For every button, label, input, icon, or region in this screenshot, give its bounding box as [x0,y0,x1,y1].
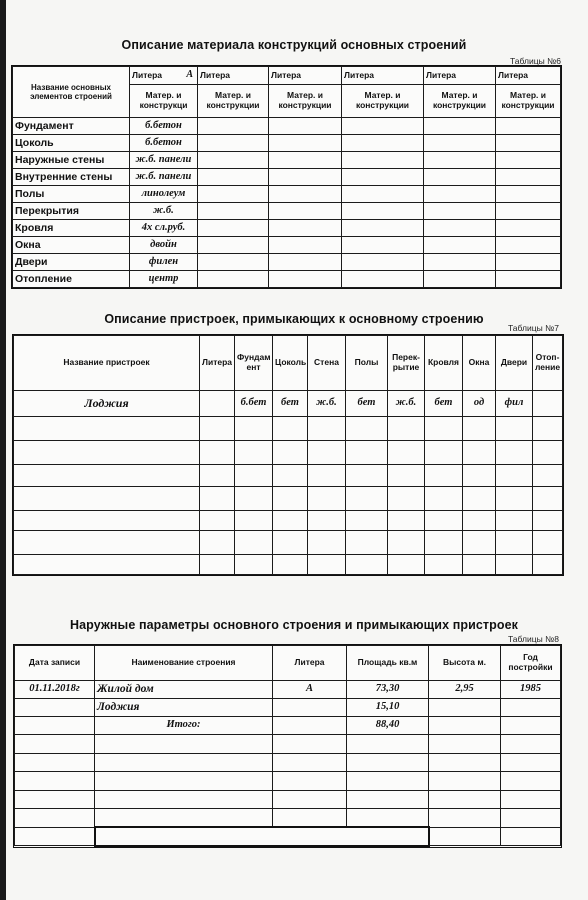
param-cell [95,772,273,791]
annex-cell [308,531,346,555]
annex-cell [496,555,533,575]
material-cell [198,237,269,254]
table-row [15,809,561,828]
annex-cell [200,555,235,575]
annex-cell: б.бет [235,391,273,417]
material-cell: двойн [130,237,198,254]
annex-cell [388,555,425,575]
material-cell [198,220,269,237]
param-cell [347,790,429,809]
param-header-1: Наименование строения [95,646,273,681]
material-cell [342,271,424,288]
annex-cell [200,531,235,555]
param-cell [501,790,561,809]
param-cell: 73,30 [347,681,429,699]
annex-cell [200,417,235,441]
material-cell [269,186,342,203]
table8-title: Наружные параметры основного строения и … [0,618,588,632]
annex-cell [200,391,235,417]
param-cell [95,790,273,809]
annex-cell [200,441,235,465]
param-cell [347,753,429,772]
table-row [14,441,563,465]
param-cell: Лоджия [95,699,273,717]
annex-cell [496,441,533,465]
annex-cell [200,465,235,487]
table7-title: Описание пристроек, примыкающих к основн… [0,312,588,326]
litera-label: Литера [132,70,162,80]
litera-header-2: Литера [269,67,342,85]
param-cell [501,772,561,791]
param-cell [15,827,95,846]
element-name: Цоколь [13,135,130,152]
table8-number: Таблицы №8 [508,634,559,644]
element-name: Наружные стены [13,152,130,169]
annex-header-0: Название пристроек [14,336,200,391]
param-cell [95,827,273,846]
annex-cell [425,465,463,487]
material-cell [342,169,424,186]
material-cell [424,203,496,220]
annex-name [14,487,200,511]
element-name: Фундамент [13,118,130,135]
element-name: Внутренние стены [13,169,130,186]
material-cell [269,169,342,186]
element-name: Двери [13,254,130,271]
table-row: Окнадвойн [13,237,561,254]
annex-header-2: Фундам ент [235,336,273,391]
annex-cell [273,441,308,465]
material-cell [269,135,342,152]
param-cell [429,827,501,846]
annex-cell: ж.б. [388,391,425,417]
annex-cell [308,555,346,575]
annex-header-6: Перек- рытие [388,336,425,391]
param-cell [273,717,347,735]
param-cell [347,735,429,754]
annex-header-7: Кровля [425,336,463,391]
annex-cell [273,487,308,511]
annex-cell [273,555,308,575]
annex-cell [235,555,273,575]
element-name: Отопление [13,271,130,288]
annex-cell [235,417,273,441]
material-cell: ж.б. [130,203,198,220]
table-row: Перекрытияж.б. [13,203,561,220]
table-row: Отоплениецентр [13,271,561,288]
litera-header-4: Литера [424,67,496,85]
param-cell [273,753,347,772]
litera-header-1: Литера [198,67,269,85]
param-cell [429,809,501,828]
table6-materials: Название основных элементов строений Лит… [12,66,561,288]
material-header-2: Матер. и конструкции [269,85,342,118]
table-row [14,511,563,531]
annex-header-5: Полы [346,336,388,391]
material-cell [496,237,561,254]
param-cell [15,809,95,828]
annex-cell [533,391,563,417]
annex-cell [463,441,496,465]
material-cell [424,237,496,254]
annex-cell [533,487,563,511]
param-cell [273,809,347,828]
param-cell [273,735,347,754]
annex-cell [200,511,235,531]
table-row [14,465,563,487]
material-header-4: Матер. и конструкции [424,85,496,118]
annex-cell [273,465,308,487]
annex-cell [533,465,563,487]
material-cell [342,118,424,135]
material-cell: 4х сл.руб. [130,220,198,237]
litera-value: А [186,69,193,81]
annex-cell: ж.б. [308,391,346,417]
material-cell: линолеум [130,186,198,203]
annex-cell [425,531,463,555]
param-cell [95,809,273,828]
param-header-5: Год постройки [501,646,561,681]
param-cell [95,735,273,754]
litera-header-3: Литера [342,67,424,85]
annex-cell [200,487,235,511]
material-cell [342,237,424,254]
material-cell [424,135,496,152]
annex-cell [273,511,308,531]
annex-cell [388,417,425,441]
material-cell [269,118,342,135]
material-header-3: Матер. и конструкции [342,85,424,118]
annex-cell [388,465,425,487]
param-cell [15,717,95,735]
param-cell [15,699,95,717]
annex-cell [308,487,346,511]
table-row: Итого:88,40 [15,717,561,735]
param-cell [429,772,501,791]
table6-number: Таблицы №6 [510,56,561,66]
table-row: Лоджияб.бетбетж.б.бетж.б.бетодфил [14,391,563,417]
material-cell [198,152,269,169]
material-cell: б.бетон [130,135,198,152]
table-row [14,417,563,441]
material-cell [269,237,342,254]
annex-name [14,555,200,575]
annex-cell [425,511,463,531]
annex-cell [496,511,533,531]
annex-cell [308,465,346,487]
param-cell: 88,40 [347,717,429,735]
annex-name [14,511,200,531]
annex-cell [346,417,388,441]
table-row [14,487,563,511]
material-cell [269,152,342,169]
table-row: 01.11.2018гЖилой домА73,302,951985 [15,681,561,699]
annex-cell [533,417,563,441]
litera-label: Литера [498,70,528,80]
param-cell [429,790,501,809]
annex-cell [346,531,388,555]
material-cell: ж.б. панели [130,169,198,186]
element-name: Окна [13,237,130,254]
annex-name [14,531,200,555]
annex-cell [463,511,496,531]
table-row [14,555,563,575]
annex-header-9: Двери [496,336,533,391]
material-cell [424,220,496,237]
param-cell [429,717,501,735]
annex-cell [425,417,463,441]
param-cell: Итого: [95,717,273,735]
material-cell [424,186,496,203]
litera-label: Литера [271,70,301,80]
material-cell [269,203,342,220]
annex-name [14,441,200,465]
table-row: Цокольб.бетон [13,135,561,152]
material-header-1: Матер. и конструкции [198,85,269,118]
param-cell [95,753,273,772]
param-cell [429,753,501,772]
param-cell [273,827,347,846]
annex-cell: фил [496,391,533,417]
table-row: Внутренние стеныж.б. панели [13,169,561,186]
param-cell [15,735,95,754]
element-name: Полы [13,186,130,203]
param-cell: 2,95 [429,681,501,699]
param-cell [501,735,561,754]
table7-annexes: Название пристроекЛитераФундам ентЦоколь… [13,335,563,575]
material-cell [198,186,269,203]
material-cell [342,186,424,203]
material-cell [342,203,424,220]
material-cell [198,254,269,271]
annex-cell [388,511,425,531]
table-row [15,772,561,791]
param-cell [273,699,347,717]
material-cell [198,271,269,288]
table-row: Дверифилен [13,254,561,271]
param-header-3: Площадь кв.м [347,646,429,681]
param-cell [347,827,429,846]
material-cell [342,152,424,169]
table6-title: Описание материала конструкций основных … [0,38,588,52]
table-row [15,827,561,846]
annex-cell [496,487,533,511]
table8-parameters: Дата записиНаименование строенияЛитераПл… [14,645,561,847]
annex-cell [496,465,533,487]
param-cell: 1985 [501,681,561,699]
material-cell [496,186,561,203]
material-cell: б.бетон [130,118,198,135]
table-row [15,735,561,754]
annex-cell [235,465,273,487]
annex-cell [533,555,563,575]
annex-cell [463,487,496,511]
param-cell [501,717,561,735]
material-cell [496,271,561,288]
annex-cell [346,487,388,511]
annex-cell [463,531,496,555]
annex-cell [496,531,533,555]
param-header-2: Литера [273,646,347,681]
annex-cell [533,441,563,465]
annex-header-1: Литера [200,336,235,391]
element-name: Перекрытия [13,203,130,220]
annex-name: Лоджия [14,391,200,417]
material-cell [496,220,561,237]
param-cell [429,735,501,754]
annex-cell [273,531,308,555]
param-header-0: Дата записи [15,646,95,681]
litera-header-0: ЛитераА [130,67,198,85]
material-cell [496,254,561,271]
annex-cell [463,417,496,441]
material-cell [496,203,561,220]
material-cell [269,220,342,237]
element-name: Кровля [13,220,130,237]
param-cell [501,699,561,717]
material-cell [198,118,269,135]
material-cell [269,271,342,288]
annex-cell [273,417,308,441]
material-cell [342,135,424,152]
material-cell [198,169,269,186]
annex-cell [308,417,346,441]
material-cell [198,203,269,220]
param-cell [501,827,561,846]
param-cell [273,772,347,791]
annex-cell [463,555,496,575]
param-cell [15,772,95,791]
material-header-5: Матер. и конструкции [496,85,561,118]
material-cell [342,220,424,237]
annex-cell [533,511,563,531]
material-cell [496,135,561,152]
header-element-name: Название основных элементов строений [13,67,130,118]
material-cell [496,118,561,135]
material-cell [424,118,496,135]
table-row [15,753,561,772]
annex-cell: од [463,391,496,417]
annex-cell [425,441,463,465]
annex-cell [346,465,388,487]
table-row [14,531,563,555]
scan-edge [0,0,6,900]
param-cell [347,809,429,828]
table-row: Полылинолеум [13,186,561,203]
material-cell [424,169,496,186]
param-cell: 15,10 [347,699,429,717]
material-cell [269,254,342,271]
annex-cell [346,511,388,531]
annex-cell [308,441,346,465]
litera-label: Литера [426,70,456,80]
material-cell [496,152,561,169]
param-cell [273,790,347,809]
param-cell [501,753,561,772]
annex-cell [388,487,425,511]
annex-cell [235,441,273,465]
annex-cell [235,487,273,511]
annex-name [14,417,200,441]
table-row: Фундаментб.бетон [13,118,561,135]
param-cell [347,772,429,791]
table7-number: Таблицы №7 [508,323,559,333]
material-cell [342,254,424,271]
param-cell: Жилой дом [95,681,273,699]
material-cell: центр [130,271,198,288]
annex-cell [388,441,425,465]
material-cell [424,254,496,271]
annex-cell [533,531,563,555]
material-cell [424,152,496,169]
annex-cell: бет [273,391,308,417]
annex-cell [235,531,273,555]
annex-header-3: Цоколь [273,336,308,391]
material-cell [424,271,496,288]
annex-cell [463,465,496,487]
annex-cell [425,487,463,511]
param-cell [15,753,95,772]
litera-label: Литера [200,70,230,80]
param-cell [501,809,561,828]
annex-cell [425,555,463,575]
annex-name [14,465,200,487]
annex-cell [346,441,388,465]
param-cell [15,790,95,809]
annex-cell [235,511,273,531]
annex-cell [346,555,388,575]
param-cell: 01.11.2018г [15,681,95,699]
table-row: Лоджия15,10 [15,699,561,717]
table-row: Наружные стеныж.б. панели [13,152,561,169]
annex-header-8: Окна [463,336,496,391]
annex-header-10: Отоп- ление [533,336,563,391]
annex-cell: бет [425,391,463,417]
param-header-4: Высота м. [429,646,501,681]
param-cell [429,699,501,717]
annex-header-4: Стена [308,336,346,391]
param-cell: А [273,681,347,699]
table-row: Кровля4х сл.руб. [13,220,561,237]
litera-header-5: Литера [496,67,561,85]
material-cell: ж.б. панели [130,152,198,169]
material-cell: филен [130,254,198,271]
annex-cell [496,417,533,441]
material-cell [496,169,561,186]
material-cell [198,135,269,152]
annex-cell [388,531,425,555]
material-header-0: Матер. и конструкци [130,85,198,118]
annex-cell [308,511,346,531]
table-row [15,790,561,809]
litera-label: Литера [344,70,374,80]
annex-cell: бет [346,391,388,417]
